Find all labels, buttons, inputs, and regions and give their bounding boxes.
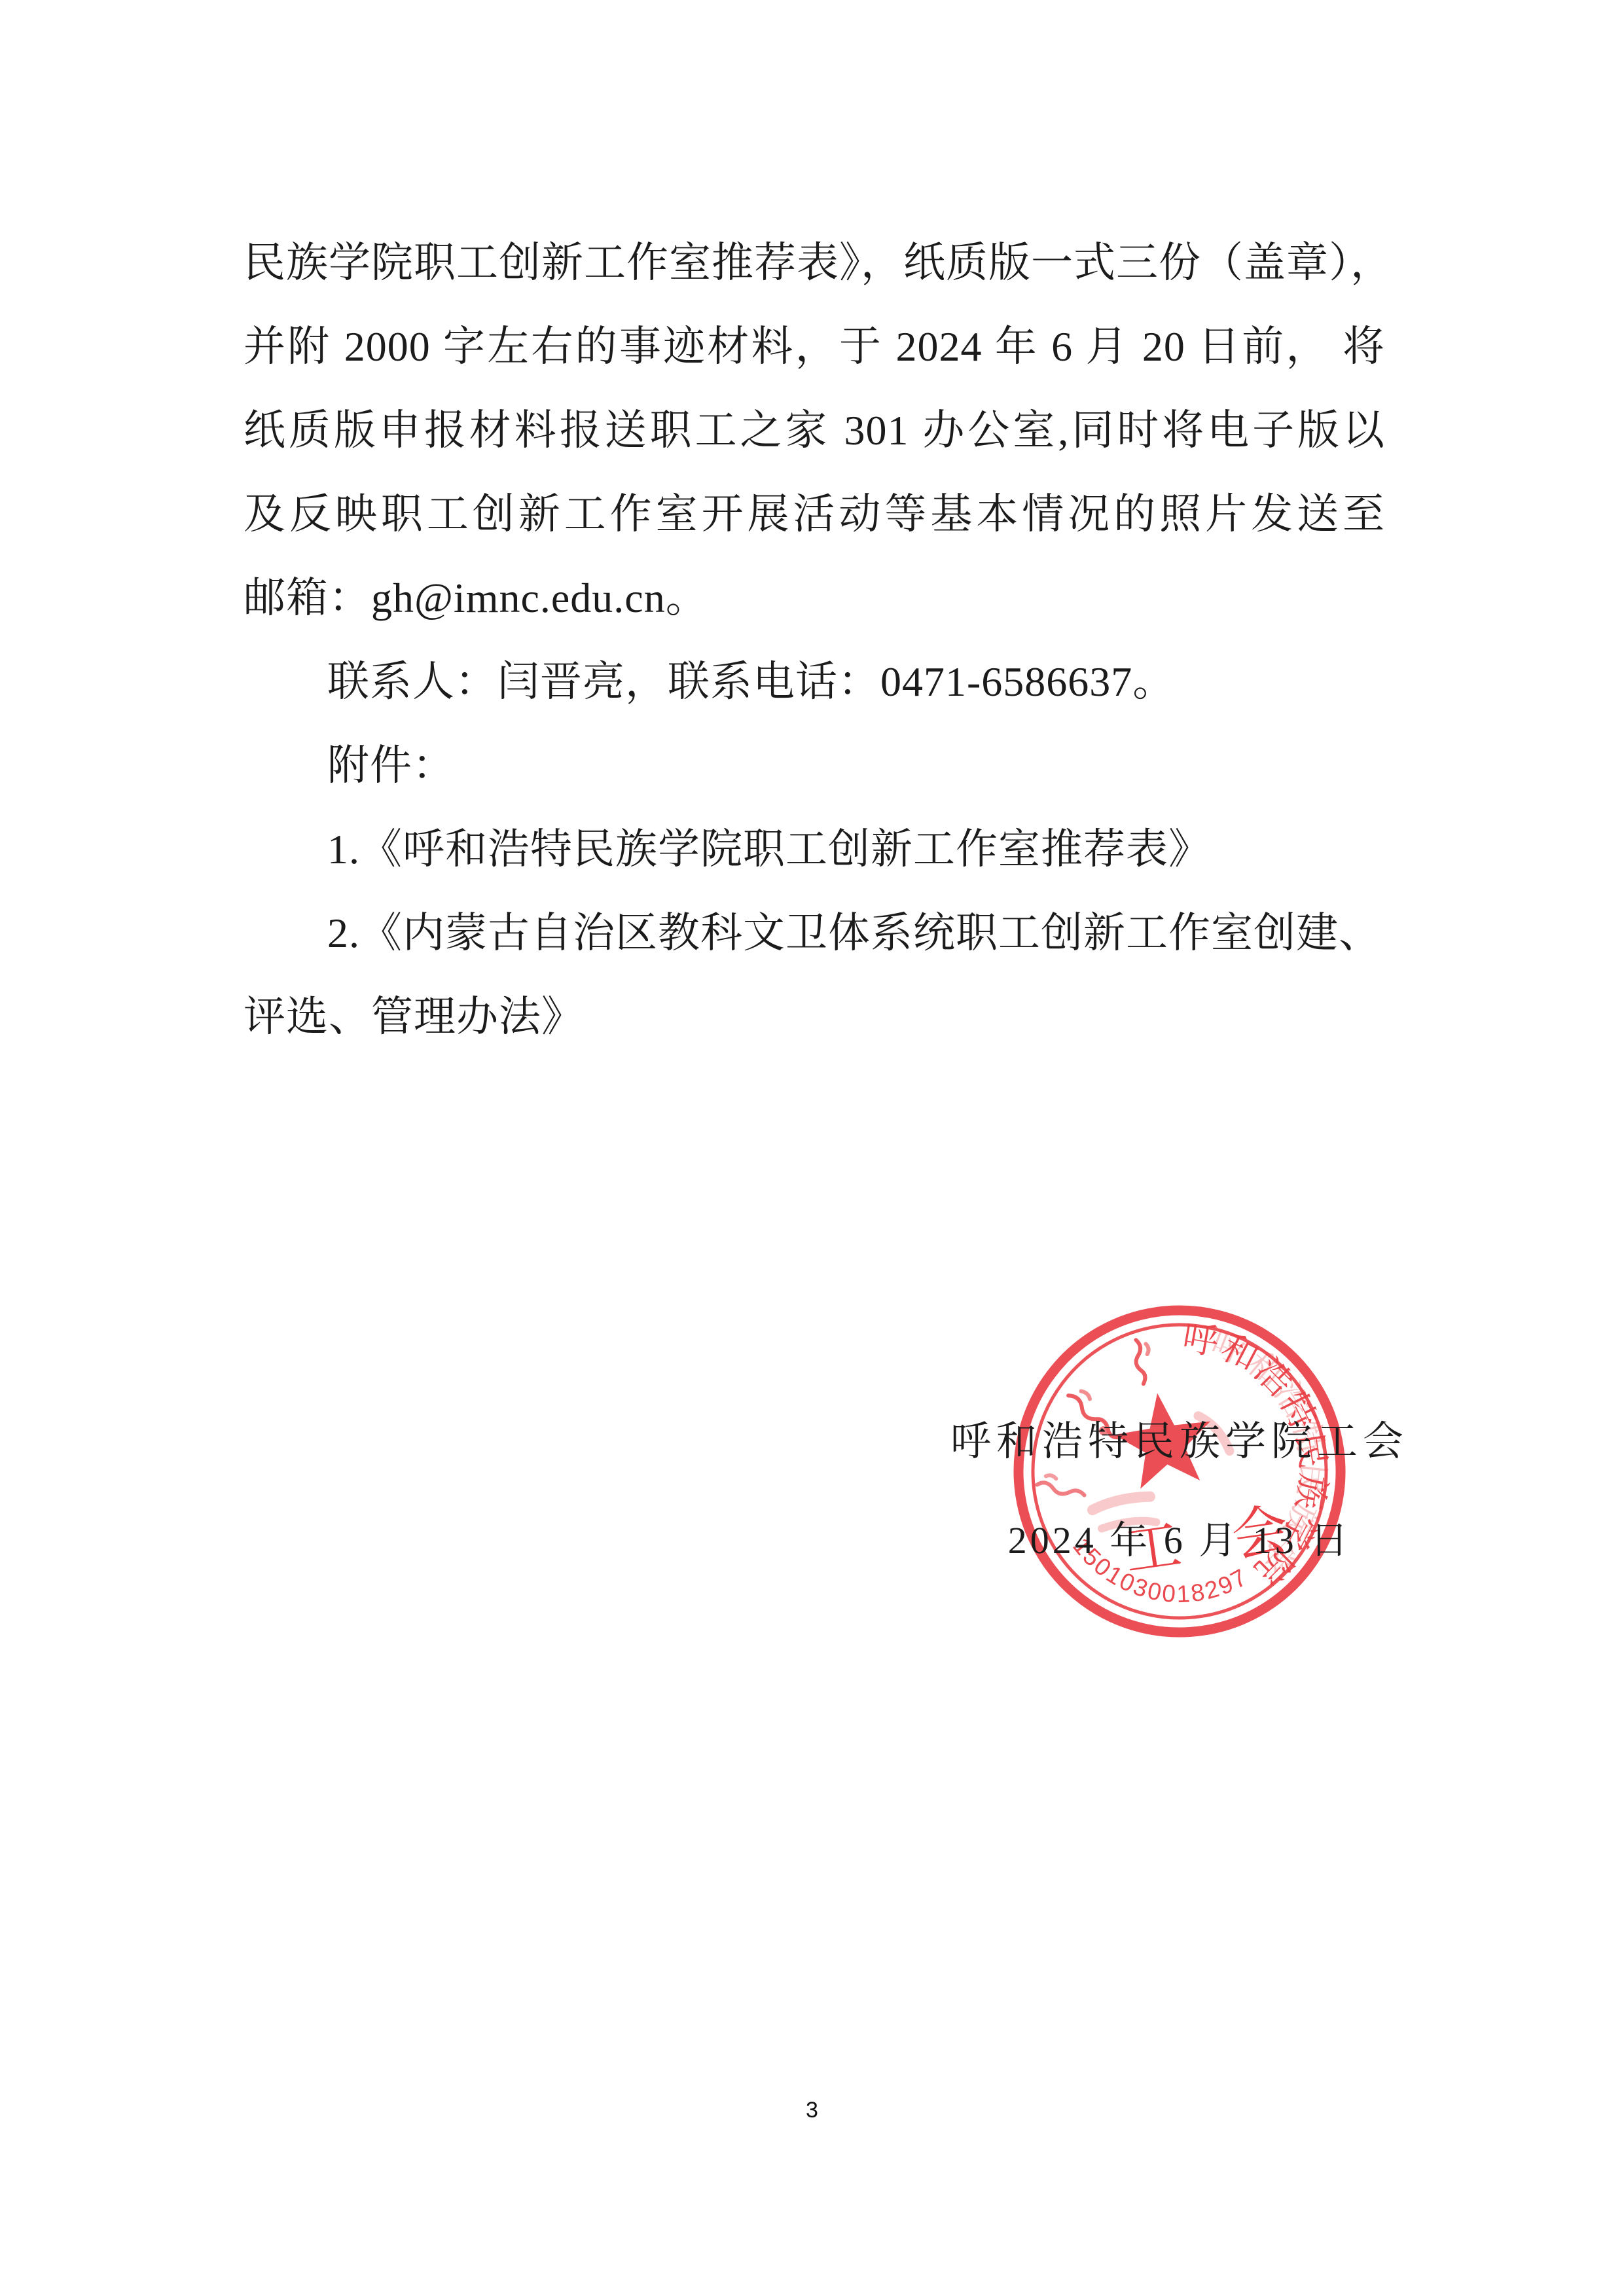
body-line: 并附 2000 字左右的事迹材料，于 2024 年 6 月 20 日前， 将 [244,305,1385,389]
document-page: 民族学院职工创新工作室推荐表》，纸质版一式三份（盖章）， 并附 2000 字左右… [0,0,1624,2296]
attachment-item-2-cont: 评选、管理办法》 [244,975,1385,1059]
attachment-item-2: 2.《内蒙古自治区教科文卫体系统职工创新工作室创建、 [244,891,1385,975]
body-line: 民族学院职工创新工作室推荐表》，纸质版一式三份（盖章）， [244,221,1385,305]
page-number: 3 [0,2098,1624,2123]
signature-date: 2024 年 6 月 13 日 [950,1509,1409,1564]
attachment-item-1: 1.《呼和浩特民族学院职工创新工作室推荐表》 [244,808,1385,891]
body-line-email: 邮箱：gh@imnc.edu.cn。 [244,556,1385,640]
body-text: 民族学院职工创新工作室推荐表》，纸质版一式三份（盖章）， 并附 2000 字左右… [244,221,1385,1059]
body-line: 纸质版申报材料报送职工之家 301 办公室,同时将电子版以 [244,389,1385,473]
signature-organization: 呼和浩特民族学院工会 [950,1419,1409,1465]
signature-block: 呼和浩特民族学院工会 2024 年 6 月 13 日 [950,1419,1409,1564]
attachments-label: 附件： [244,724,1385,808]
contact-line: 联系人：闫晋亮，联系电话：0471-6586637。 [244,640,1385,724]
body-line: 及反映职工创新工作室开展活动等基本情况的照片发送至 [244,473,1385,556]
